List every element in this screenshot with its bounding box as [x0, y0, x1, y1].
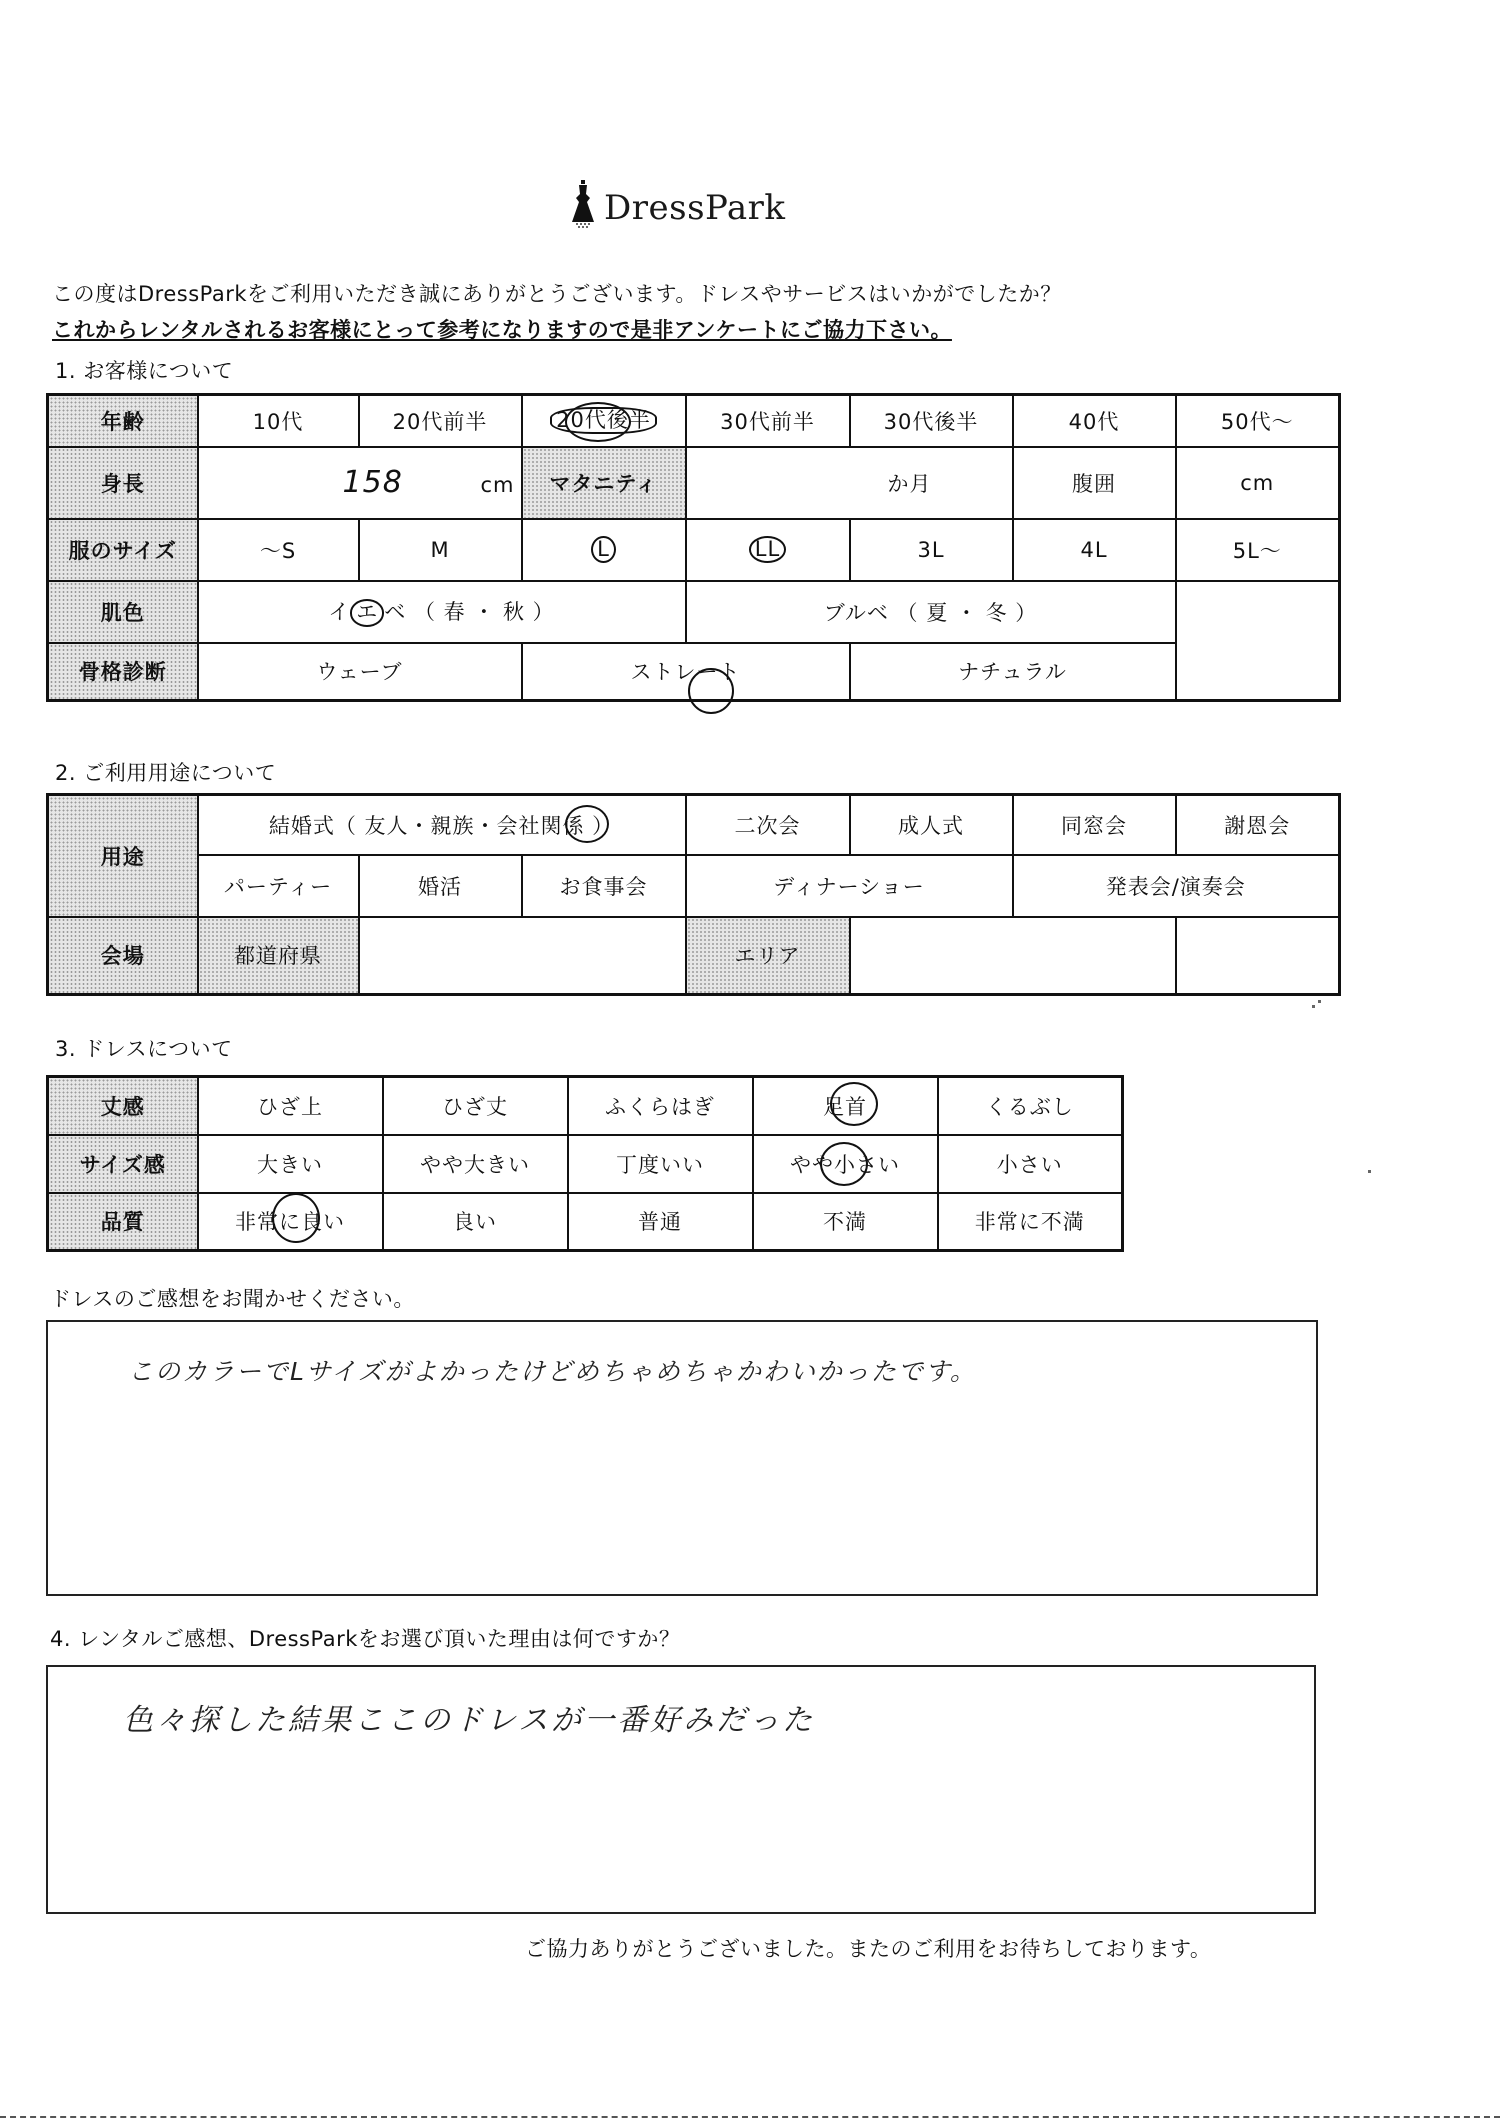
length-row: 丈感 ひざ上 ひざ丈 ふくらはぎ 足首 くるぶし — [48, 1077, 1123, 1135]
quality-option[interactable]: 不満 — [753, 1193, 938, 1251]
purpose-option[interactable]: 発表会/演奏会 — [1013, 855, 1340, 917]
age-option[interactable]: 30代前半 — [686, 395, 850, 447]
maternity-label: マタニティ — [522, 447, 686, 519]
purpose-label: 用途 — [48, 795, 198, 917]
purpose-option[interactable]: 婚活 — [359, 855, 522, 917]
empty-cell — [1176, 643, 1340, 701]
skin-row: 肌色 イエベ （ 春 ・ 秋 ） ブルベ （ 夏 ・ 冬 ） — [48, 581, 1340, 643]
purpose-row-2: パーティー 婚活 お食事会 ディナーショー 発表会/演奏会 — [48, 855, 1340, 917]
purpose-option[interactable]: 成人式 — [850, 795, 1013, 855]
purpose-option[interactable]: 二次会 — [686, 795, 850, 855]
purpose-row-1: 用途 結婚式（ 友人・親族・会社関係 ） 二次会 成人式 同窓会 謝恩会 — [48, 795, 1340, 855]
age-label: 年齢 — [48, 395, 198, 447]
quality-label: 品質 — [48, 1193, 198, 1251]
purpose-option[interactable]: ディナーショー — [686, 855, 1013, 917]
section4-title: 4. レンタルご感想、DressParkをお選び頂いた理由は何ですか？ — [50, 1623, 680, 1653]
quality-option[interactable]: 良い — [383, 1193, 568, 1251]
fit-label: サイズ感 — [48, 1135, 198, 1193]
length-option[interactable]: ひざ上 — [198, 1077, 383, 1135]
customer-info-table: 年齢 10代 20代前半 20代後半 30代前半 30代後半 40代 50代〜 … — [46, 393, 1341, 702]
height-value: 158 — [343, 465, 403, 500]
height-row: 身長 158 cm マタニティ か月 腹囲 cm — [48, 447, 1340, 519]
fit-option[interactable]: やや大きい — [383, 1135, 568, 1193]
size-option[interactable]: 4L — [1013, 519, 1176, 581]
intro-text: この度はDressParkをご利用いただき誠にありがとうございます。ドレスやサー… — [52, 278, 1062, 308]
dress-comment-text: このカラーでLサイズがよかったけどめちゃめちゃかわいかったです。 — [128, 1352, 977, 1388]
dress-icon — [570, 180, 596, 236]
maternity-months-field[interactable]: か月 — [686, 447, 1013, 519]
reason-comment-text: 色々探した結果ここのドレスが一番好みだった — [123, 1695, 815, 1739]
length-label: 丈感 — [48, 1077, 198, 1135]
waist-label: 腹囲 — [1013, 447, 1176, 519]
age-option[interactable]: 50代〜 — [1176, 395, 1340, 447]
skeleton-label: 骨格診断 — [48, 643, 198, 701]
section3-title: 3. ドレスについて — [55, 1033, 233, 1063]
selection-mark — [272, 1193, 320, 1243]
fit-option[interactable]: 大きい — [198, 1135, 383, 1193]
selection-mark — [565, 402, 631, 442]
length-option[interactable]: ひざ丈 — [383, 1077, 568, 1135]
fit-row: サイズ感 大きい やや大きい 丁度いい やや小さい 小さい — [48, 1135, 1123, 1193]
skeleton-option[interactable]: ウェーブ — [198, 643, 522, 701]
scan-speck — [1312, 1005, 1315, 1008]
size-option-selected[interactable]: LL — [686, 519, 850, 581]
purpose-option[interactable]: 同窓会 — [1013, 795, 1176, 855]
age-option[interactable]: 20代前半 — [359, 395, 522, 447]
size-option[interactable]: M — [359, 519, 522, 581]
height-field[interactable]: 158 cm — [198, 447, 522, 519]
purpose-option[interactable]: お食事会 — [522, 855, 686, 917]
age-row: 年齢 10代 20代前半 20代後半 30代前半 30代後半 40代 50代〜 — [48, 395, 1340, 447]
length-option[interactable]: ふくらはぎ — [568, 1077, 753, 1135]
skeleton-option-selected[interactable]: ストレート — [522, 643, 850, 701]
venue-row: 会場 都道府県 エリア — [48, 917, 1340, 995]
age-option[interactable]: 30代後半 — [850, 395, 1013, 447]
scan-edge — [0, 2116, 1500, 2121]
quality-option[interactable]: 非常に不満 — [938, 1193, 1123, 1251]
size-option-selected[interactable]: L — [522, 519, 686, 581]
footer-thanks: ご協力ありがとうございました。またのご利用をお待ちしております。 — [525, 1933, 1211, 1963]
height-unit: cm — [480, 473, 514, 497]
section2-title: 2. ご利用用途について — [55, 757, 276, 787]
skin-option-blue[interactable]: ブルベ （ 夏 ・ 冬 ） — [686, 581, 1176, 643]
scan-speck — [1318, 1000, 1321, 1003]
quality-row: 品質 非常に良い 良い 普通 不満 非常に不満 — [48, 1193, 1123, 1251]
usage-table: 用途 結婚式（ 友人・親族・会社関係 ） 二次会 成人式 同窓会 謝恩会 パーテ… — [46, 793, 1341, 996]
age-option[interactable]: 10代 — [198, 395, 359, 447]
size-option[interactable]: 3L — [850, 519, 1013, 581]
empty-cell — [1176, 917, 1340, 995]
area-field[interactable] — [850, 917, 1176, 995]
purpose-option-wedding-selected[interactable]: 結婚式（ 友人・親族・会社関係 ） — [198, 795, 686, 855]
area-label: エリア — [686, 917, 850, 995]
scan-speck — [1368, 1170, 1371, 1173]
size-row: 服のサイズ 〜S M L LL 3L 4L 5L〜 — [48, 519, 1340, 581]
selection-mark — [830, 1082, 878, 1126]
waist-field[interactable]: cm — [1176, 447, 1340, 519]
prefecture-label: 都道府県 — [198, 917, 359, 995]
fit-option[interactable]: 丁度いい — [568, 1135, 753, 1193]
skin-label: 肌色 — [48, 581, 198, 643]
intro-request: これからレンタルされるお客様にとって参考になりますので是非アンケートにご協力下さ… — [52, 314, 952, 344]
fit-option[interactable]: 小さい — [938, 1135, 1123, 1193]
selection-mark — [565, 805, 609, 843]
skin-option-yellow-selected[interactable]: イエベ （ 春 ・ 秋 ） — [198, 581, 686, 643]
size-option[interactable]: 〜S — [198, 519, 359, 581]
skeleton-option[interactable]: ナチュラル — [850, 643, 1176, 701]
selection-mark — [820, 1142, 868, 1186]
reason-comment-box[interactable]: 色々探した結果ここのドレスが一番好みだった — [46, 1665, 1316, 1914]
dress-table: 丈感 ひざ上 ひざ丈 ふくらはぎ 足首 くるぶし サイズ感 大きい やや大きい … — [46, 1075, 1124, 1252]
prefecture-field[interactable] — [359, 917, 686, 995]
age-option[interactable]: 40代 — [1013, 395, 1176, 447]
selection-mark — [688, 668, 734, 714]
venue-label: 会場 — [48, 917, 198, 995]
purpose-option[interactable]: パーティー — [198, 855, 359, 917]
brand-logo: DressPark — [570, 180, 786, 236]
brand-name: DressPark — [604, 188, 786, 228]
dress-comment-prompt: ドレスのご感想をお聞かせください。 — [50, 1283, 415, 1313]
size-label: 服のサイズ — [48, 519, 198, 581]
quality-option[interactable]: 普通 — [568, 1193, 753, 1251]
size-option[interactable]: 5L〜 — [1176, 519, 1340, 581]
height-label: 身長 — [48, 447, 198, 519]
section1-title: 1. お客様について — [55, 355, 233, 385]
purpose-option[interactable]: 謝恩会 — [1176, 795, 1340, 855]
dress-comment-box[interactable]: このカラーでLサイズがよかったけどめちゃめちゃかわいかったです。 — [46, 1320, 1318, 1596]
length-option[interactable]: くるぶし — [938, 1077, 1123, 1135]
empty-cell — [1176, 581, 1340, 643]
